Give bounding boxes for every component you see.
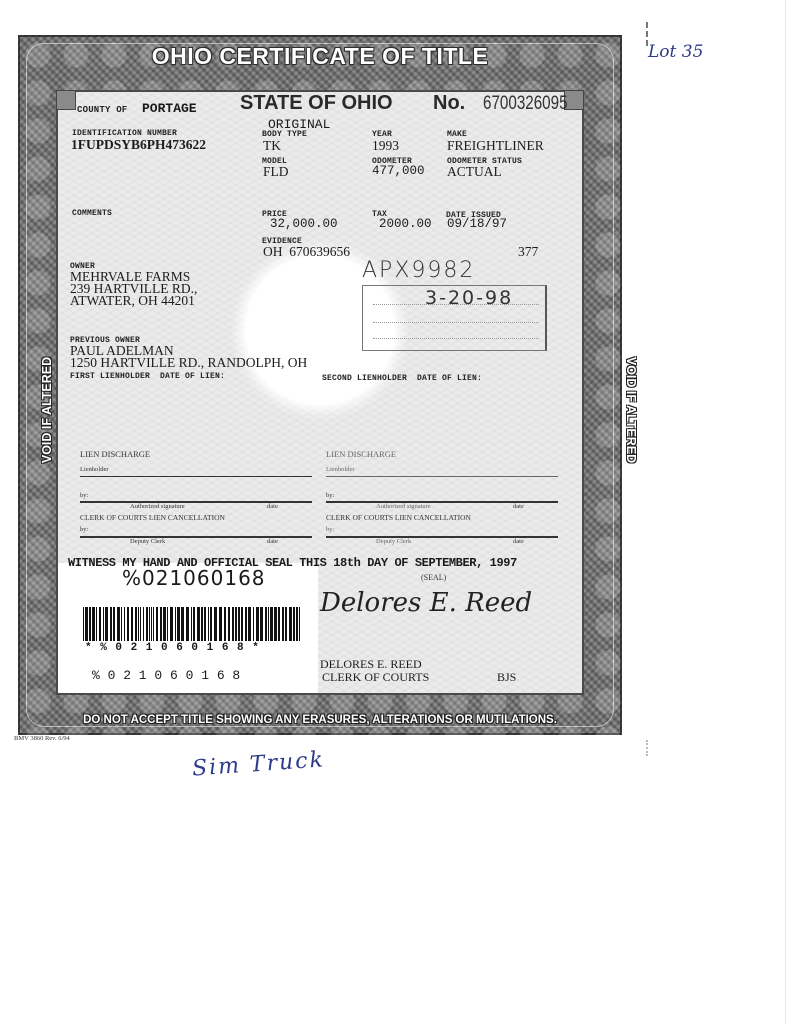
page-edge bbox=[785, 0, 786, 1024]
evidence-value: OH 670639656 bbox=[263, 245, 350, 258]
authorized-signature-label: Authorized signature bbox=[376, 503, 431, 510]
county-label: COUNTY OF bbox=[77, 106, 127, 115]
deputy-clerk-label: Deputy Clerk bbox=[376, 538, 411, 545]
year-value: 1993 bbox=[372, 139, 399, 152]
deputy-clerk-label: Deputy Clerk bbox=[130, 538, 165, 545]
by-label: by: bbox=[80, 526, 88, 533]
county-value: PORTAGE bbox=[142, 101, 197, 116]
owner-address-2: ATWATER, OH 44201 bbox=[70, 294, 195, 307]
date-label: date bbox=[267, 538, 278, 545]
cancellation-label: CLERK OF COURTS LIEN CANCELLATION bbox=[326, 513, 471, 522]
state-heading: STATE OF OHIO bbox=[240, 92, 393, 115]
certificate-title: OHIO CERTIFICATE OF TITLE bbox=[18, 43, 622, 70]
comments-label: COMMENTS bbox=[72, 209, 112, 218]
vin-value: 1FUPDSYB6PH473622 bbox=[71, 138, 206, 151]
void-if-altered-left: VOID IF ALTERED bbox=[40, 345, 54, 475]
lienholder-label: Lienholder bbox=[80, 466, 109, 473]
model-value: FLD bbox=[263, 165, 289, 178]
form-number: BMV 3860 Rev. 6/94 bbox=[14, 735, 70, 742]
tax-value: 2000.00 bbox=[379, 218, 432, 231]
odometer-value: 477,000 bbox=[372, 165, 425, 178]
date-label: date bbox=[513, 538, 524, 545]
date-issued-value: 09/18/97 bbox=[447, 218, 507, 231]
first-lienholder-label: FIRST LIENHOLDER DATE OF LIEN: bbox=[70, 372, 225, 381]
barcode-human-readable: * % 0 2 1 0 6 0 1 6 8 * bbox=[85, 642, 260, 654]
lot-annotation: Lot 35 bbox=[648, 42, 703, 62]
body-type-value: TK bbox=[263, 139, 281, 152]
barcode-bottom-number: % 0 2 1 0 6 0 1 6 8 bbox=[92, 668, 240, 683]
clerk-initials: BJS bbox=[497, 671, 516, 684]
number-label: No. bbox=[433, 92, 465, 115]
code-value: 377 bbox=[518, 245, 538, 258]
clerk-title: CLERK OF COURTS bbox=[322, 671, 429, 684]
stamp-date-handwritten: 3-20-98 bbox=[425, 287, 513, 309]
date-label: date bbox=[267, 503, 278, 510]
cancellation-label: CLERK OF COURTS LIEN CANCELLATION bbox=[80, 513, 225, 522]
lien-discharge-title: LIEN DISCHARGE bbox=[326, 449, 396, 459]
lien-discharge-title: LIEN DISCHARGE bbox=[80, 449, 150, 459]
by-label: by: bbox=[326, 526, 334, 533]
by-label: by: bbox=[326, 492, 334, 499]
clerk-signature: Delores E. Reed bbox=[320, 588, 532, 618]
lien-discharge-right: LIEN DISCHARGE Lienholder by: Authorized… bbox=[326, 449, 558, 549]
barcode-top-number: %021060168 bbox=[122, 566, 266, 590]
barcode bbox=[83, 607, 303, 643]
lien-discharge-left: LIEN DISCHARGE Lienholder by: Authorized… bbox=[80, 449, 312, 549]
seal-label: (SEAL) bbox=[421, 573, 446, 582]
footer-warning: DO NOT ACCEPT TITLE SHOWING ANY ERASURES… bbox=[18, 714, 622, 726]
second-lienholder-label: SECOND LIENHOLDER DATE OF LIEN: bbox=[322, 374, 482, 383]
previous-owner-address: 1250 HARTVILLE RD., RANDOLPH, OH bbox=[70, 356, 307, 369]
title-number: 6700326095 bbox=[483, 93, 568, 115]
date-label: date bbox=[513, 503, 524, 510]
cut-mark bbox=[646, 740, 650, 756]
corner-ornament bbox=[56, 90, 76, 110]
bottom-handwritten-note: Sim Truck bbox=[191, 747, 325, 781]
lienholder-label: Lienholder bbox=[326, 466, 355, 473]
authorized-signature-label: Authorized signature bbox=[130, 503, 185, 510]
make-value: FREIGHTLINER bbox=[447, 139, 544, 152]
stamp-code-handwritten: APX9982 bbox=[362, 258, 475, 283]
price-value: 32,000.00 bbox=[270, 218, 338, 231]
by-label: by: bbox=[80, 492, 88, 499]
void-if-altered-right: VOID IF ALTERED bbox=[624, 345, 638, 475]
odometer-status-value: ACTUAL bbox=[447, 165, 502, 178]
